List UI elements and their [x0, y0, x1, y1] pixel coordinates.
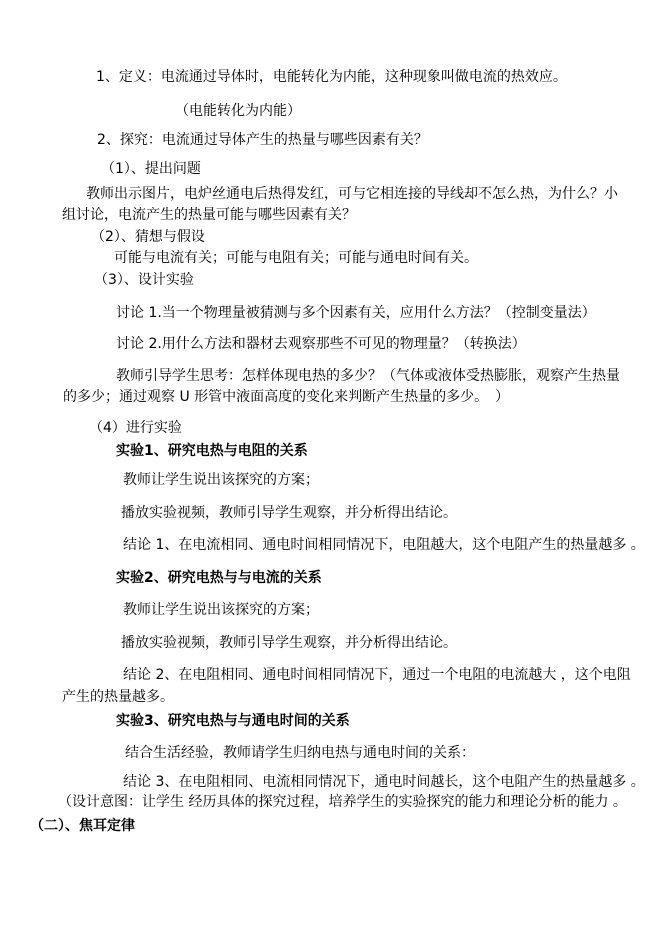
line-exp1-video: 播放实验视频，教师引导学生观察，并分析得出结论。	[30, 503, 633, 523]
line-step3-design: （3）、设计实验	[30, 270, 633, 290]
heading-joule-law: （二）、焦耳定律	[30, 816, 633, 836]
line-teacher-discussion-1: 教师出示图片，电炉丝通电后热得发红，可与它相连接的导线却不怎么热，为什么？小	[30, 184, 633, 204]
line-exp2-plan: 教师让学生说出该探究的方案；	[30, 600, 633, 620]
line-conclusion-1: 结论 1、在电流相同、通电时间相同情况下，电阻越大，这个电阻产生的热量越多 。	[30, 535, 633, 555]
line-definition: 1、定义：电流通过导体时，电能转化为内能，这种现象叫做电流的热效应。	[30, 67, 633, 87]
line-energy-note: （电能转化为内能）	[30, 101, 633, 121]
line-inquiry: 2、探究：电流通过导体产生的热量与哪些因素有关？	[30, 130, 633, 150]
line-exp1-plan: 教师让学生说出该探究的方案；	[30, 470, 633, 490]
line-step4-experiment: （4）进行实验	[30, 418, 633, 438]
line-teacher-guide-1: 教师引导学生思考：怎样体现电热的多少？（气体或液体受热膨胀，观察产生热量	[30, 366, 633, 386]
heading-experiment-2: 实验2、研究电热与与电流的关系	[30, 568, 633, 588]
line-guess-content: 可能与电流有关；可能与电阻有关；可能与通电时间有关。	[30, 248, 633, 268]
document-page: 1、定义：电流通过导体时，电能转化为内能，这种现象叫做电流的热效应。 （电能转化…	[0, 0, 661, 935]
line-exp2-video: 播放实验视频，教师引导学生观察，并分析得出结论。	[30, 633, 633, 653]
heading-experiment-1: 实验1、研究电热与电阻的关系	[30, 441, 633, 461]
line-conclusion-3: 结论 3、在电阻相同、电流相同情况下，通电时间越长，这个电阻产生的热量越多 。	[30, 772, 633, 792]
line-step2-guess: （2）、猜想与假设	[30, 227, 633, 247]
line-design-intent: （设计意图：让学生 经历具体的探究过程，培养学生的实验探究的能力和理论分析的能力…	[30, 792, 633, 812]
line-discussion-1: 讨论 1.当一个物理量被猜测与多个因素有关，应用什么方法？（控制变量法）	[30, 303, 633, 323]
line-teacher-discussion-2: 组讨论，电流产生的热量可能与哪些因素有关？	[30, 205, 633, 225]
line-teacher-guide-2: 的多少；通过观察 U 形管中液面高度的变化来判断产生热量的多少。 ）	[30, 387, 633, 407]
line-conclusion-2-part2: 产生的热量越多。	[30, 687, 633, 707]
line-exp3-life-experience: 结合生活经验，教师请学生归纳电热与通电时间的关系：	[30, 743, 633, 763]
line-step1-raise-question: （1）、提出问题	[30, 159, 633, 179]
line-conclusion-2-part1: 结论 2、在电阻相同、通电时间相同情况下，通过一个电阻的电流越大 ，这个电阻	[30, 665, 633, 685]
heading-experiment-3: 实验3、研究电热与与通电时间的关系	[30, 711, 633, 731]
line-discussion-2: 讨论 2.用什么方法和器材去观察那些不可见的物理量？（转换法）	[30, 334, 633, 354]
